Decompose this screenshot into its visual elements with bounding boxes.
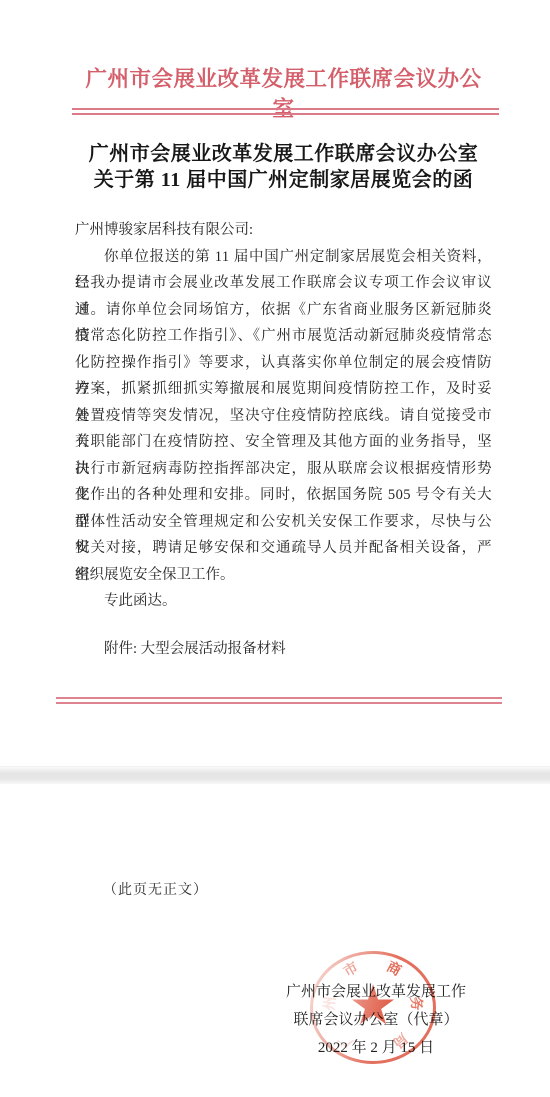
- body-line: 化作出的各种处理和安排。同时，依据国务院 505 号令有关大型: [75, 482, 492, 509]
- body-line: 方案，抓紧抓细抓实筹撤展和展览期间疫情防控工作，及时妥善: [75, 376, 492, 403]
- body-line: 关职能部门在疫情防控、安全管理及其他方面的业务指导，坚决: [75, 429, 492, 456]
- body-line: 过。请你单位会同场馆方，依据《广东省商业服务区新冠肺炎疫: [75, 297, 492, 324]
- body-line: 处置疫情等突发情况，坚决守住疫情防控底线。请自觉接受市有: [75, 403, 492, 430]
- body-line: 执行市新冠病毒防控指挥部决定，服从联席会议根据疫情形势变: [75, 456, 492, 483]
- body-line: 你单位报送的第 11 届中国广州定制家居展览会相关资料，已: [75, 244, 492, 271]
- body-line: 组织展览安全保卫工作。: [75, 562, 492, 589]
- signature-date: 2022 年 2 月 15 日: [274, 1034, 478, 1062]
- document-title: 广州市会展业改革发展工作联席会议办公室 关于第 11 届中国广州定制家居展览会的…: [60, 141, 507, 193]
- attachment-line: 附件: 大型会展活动报备材料: [75, 636, 492, 663]
- page-separator: [0, 766, 550, 784]
- scanned-letter: 广州市会展业改革发展工作联席会议办公室 广州市会展业改革发展工作联席会议办公室 …: [0, 0, 550, 1097]
- body-line: 群体性活动安全管理规定和公安机关安保工作要求，尽快与公安: [75, 509, 492, 536]
- page-footer-divider: [56, 697, 502, 704]
- letter-body: 广州博骏家居科技有限公司: 你单位报送的第 11 届中国广州定制家居展览会相关资…: [75, 217, 492, 615]
- body-line: 情常态化防控工作指引》、《广州市展览活动新冠肺炎疫情常态: [75, 323, 492, 350]
- document-title-line1: 广州市会展业改革发展工作联席会议办公室: [60, 141, 507, 167]
- divider-line-bottom: [56, 702, 502, 704]
- seal-char: 市: [342, 961, 361, 980]
- seal-char: 商: [384, 960, 403, 979]
- salutation: 广州博骏家居科技有限公司:: [75, 217, 492, 244]
- document-title-line2: 关于第 11 届中国广州定制家居展览会的函: [60, 167, 507, 193]
- body-line: 机关对接，聘请足够安保和交通疏导人员并配备相关设备，严密: [75, 535, 492, 562]
- signature-org-line2: 联席会议办公室（代章）: [274, 1006, 478, 1034]
- letterhead-title: 广州市会展业改革发展工作联席会议办公室: [75, 64, 492, 124]
- no-body-text-note: （此页无正文）: [103, 879, 208, 899]
- divider-line-bottom: [72, 113, 499, 115]
- signature-org-line1: 广州市会展业改革发展工作: [274, 978, 478, 1006]
- body-line: 化防控操作指引》等要求，认真落实你单位制定的展会疫情防控: [75, 350, 492, 377]
- signature-block: 广州市会展业改革发展工作 联席会议办公室（代章） 2022 年 2 月 15 日: [274, 978, 478, 1062]
- letterhead-divider: [72, 108, 499, 115]
- body-line: 经我办提请市会展业改革发展工作联席会议专项工作会议审议通: [75, 270, 492, 297]
- closing-line: 专此函达。: [75, 588, 492, 615]
